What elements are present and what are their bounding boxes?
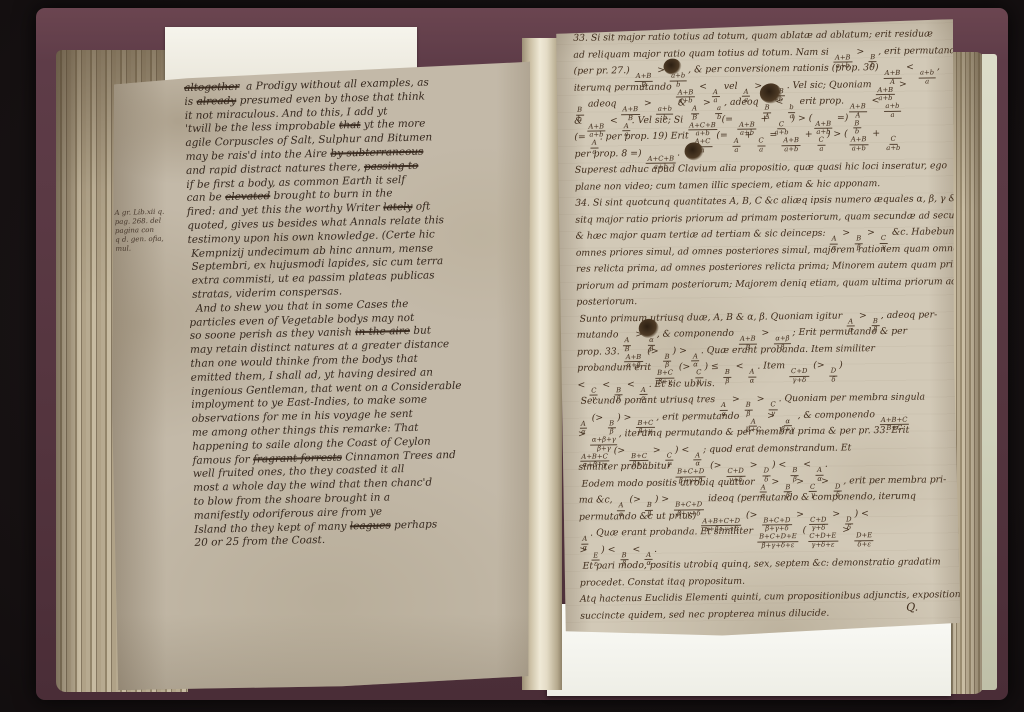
- ratio-fraction: Ca+b: [885, 136, 902, 152]
- ratio-fraction: Aa: [732, 138, 740, 154]
- ratio-fraction: B+C+D+Eβ+γ+δ+ε: [758, 533, 799, 550]
- right-page-text: 33. Si sit major ratio totius ad totum, …: [573, 26, 952, 625]
- margin-note: A gr. Lib.xii q.pag. 268. delpagina conq…: [114, 207, 187, 254]
- ratio-fraction: C+D+Eγ+δ+ε: [808, 533, 838, 550]
- photo-background: A gr. Lib.xii q.pag. 268. delpagina conq…: [0, 0, 1024, 712]
- ratio-fraction: Ca: [757, 137, 765, 153]
- ratio-fraction: a+ba: [918, 69, 935, 85]
- ratio-fraction: Bβ: [723, 369, 731, 385]
- ratio-fraction: Aα: [748, 369, 756, 385]
- ratio-fraction: A+Ba+b: [849, 136, 868, 152]
- ratio-fraction: a+ba: [884, 103, 901, 119]
- left-page-text: altogether a Prodigy without all example…: [184, 74, 531, 551]
- ratio-fraction: Ca: [817, 137, 825, 153]
- endpaper-right: [982, 54, 997, 690]
- ratio-fraction: D+Eδ+ε: [855, 532, 874, 548]
- left-manuscript-page: A gr. Lib.xii q.pag. 268. delpagina conq…: [112, 58, 530, 690]
- ink-blot: [639, 319, 659, 338]
- signoff-mark: Q.: [906, 601, 918, 614]
- ratio-fraction: C+Dγ+δ: [789, 368, 809, 384]
- right-manuscript-page: 33. Si sit major ratio totius ad totum, …: [556, 19, 960, 640]
- manuscript-line: mul.: [115, 243, 187, 254]
- manuscript-line: (= Aa. per prop. 19) Erit A+Ca (= Aa + C…: [574, 125, 946, 146]
- ratio-fraction: Dδ: [829, 368, 838, 384]
- ink-blot: [663, 58, 681, 74]
- ratio-fraction: A+Ba+b: [782, 137, 801, 153]
- ink-blot: [684, 142, 703, 160]
